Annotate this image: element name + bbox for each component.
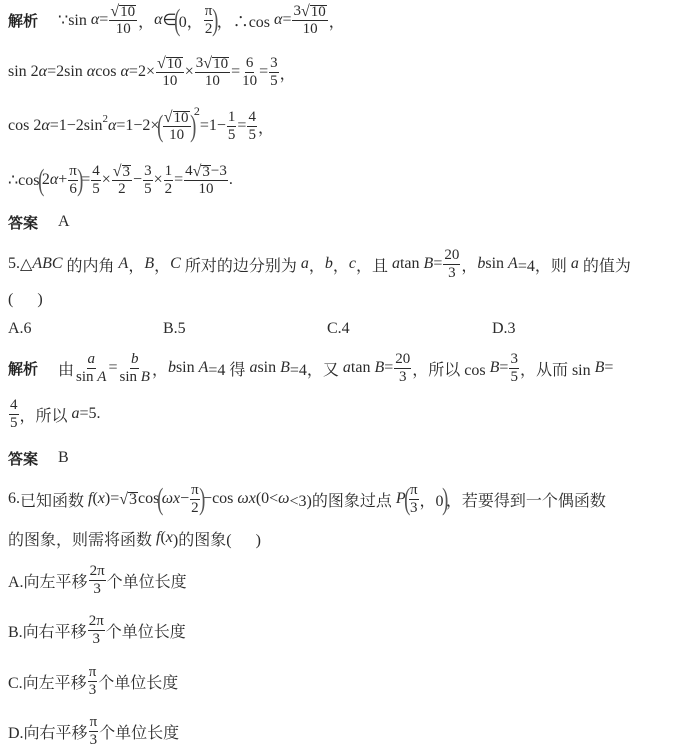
fraction-denominator: 3 xyxy=(91,631,101,647)
fraction-numerator: a xyxy=(87,352,97,369)
math-text: ∵sin xyxy=(58,10,91,30)
math-text: + xyxy=(58,171,67,189)
fraction-denominator: sin B xyxy=(119,369,151,385)
fraction: b sin B xyxy=(119,352,151,385)
q6-stem-line-2: 的图象，则需将函数 f ( x )的图象( ) xyxy=(8,518,261,558)
math-variable: α xyxy=(121,63,129,81)
math-text: = xyxy=(384,359,393,377)
fraction-numerator: √ 10 xyxy=(156,56,184,73)
math-text: ，∴cos xyxy=(217,9,274,32)
left-paren: ( xyxy=(38,162,44,198)
math-variable: ωx xyxy=(162,490,180,508)
math-variable: ω xyxy=(278,490,289,508)
math-text: =2sin xyxy=(47,63,87,81)
math-text: = xyxy=(259,63,268,81)
math-variable: B xyxy=(141,370,150,385)
right-paren: ) xyxy=(442,481,448,517)
math-text: ，若要得到一个偶函数 xyxy=(446,488,606,511)
math-text: ， xyxy=(152,357,168,380)
sqrt-symbol: √ xyxy=(113,164,122,179)
fraction-denominator: 2 xyxy=(164,181,174,197)
fraction-denominator: 2 xyxy=(117,181,127,197)
fraction: 3 5 xyxy=(269,56,279,89)
math-text: ， xyxy=(333,253,349,276)
fraction-numerator: 20 xyxy=(394,352,411,369)
fraction: 20 3 xyxy=(394,352,411,385)
math-variable: b xyxy=(168,359,176,377)
radicand: 3 xyxy=(201,165,211,179)
option-prefix: D.向右平移 xyxy=(8,720,88,743)
math-text: =1−2sin xyxy=(50,117,103,135)
math-variable: A xyxy=(508,255,518,273)
option-prefix: B.向右平移 xyxy=(8,619,87,642)
math-text: ， xyxy=(461,253,477,276)
math-text: sin xyxy=(176,359,199,377)
fraction: 4 5 xyxy=(9,398,19,431)
q4-solution-line-4: ∴cos ( 2 α + π 6 ) = 4 5 × √ 3 2 − 3 5 ×… xyxy=(8,160,233,200)
math-text: = xyxy=(231,63,240,81)
fraction-denominator: 3 xyxy=(89,732,99,748)
fraction: 4 √ 3 −3 10 xyxy=(184,164,228,197)
math-text: ，从而 sin xyxy=(520,357,595,380)
fraction-denominator: 5 xyxy=(91,181,101,197)
math-text: × xyxy=(185,63,194,81)
fraction-numerator: 3 xyxy=(143,164,153,181)
q5-answer: 答案 B xyxy=(8,438,69,478)
answer-blank: ( ) xyxy=(8,291,43,309)
fraction-numerator: π xyxy=(89,715,99,732)
fraction-numerator: 4 xyxy=(9,398,19,415)
math-text: ， xyxy=(138,9,154,32)
math-text: <3)的图象过点 xyxy=(289,488,395,511)
fraction-denominator: 10 xyxy=(204,73,221,89)
fraction-numerator: 20 xyxy=(443,248,460,265)
option-b: B.5 xyxy=(163,320,186,338)
math-variable: B xyxy=(280,359,290,377)
fraction: √ 10 10 xyxy=(163,110,191,143)
fraction-denominator: 5 xyxy=(227,127,237,143)
math-text: =5. xyxy=(80,405,101,423)
math-variable: α xyxy=(91,11,99,29)
fraction: a sin A xyxy=(75,352,107,385)
math-text: ， xyxy=(329,9,345,32)
fraction-denominator: 5 xyxy=(509,369,519,385)
math-text: sin 2 xyxy=(8,63,39,81)
option-c: C.4 xyxy=(327,320,350,338)
fraction-denominator: 5 xyxy=(9,415,19,431)
fraction: 3 √ 10 10 xyxy=(195,56,230,89)
left-paren: ( xyxy=(157,481,163,517)
math-variable: x xyxy=(166,529,173,547)
math-text: × xyxy=(102,171,111,189)
fraction-denominator: 3 xyxy=(447,265,457,281)
q4-answer: 答案 A xyxy=(8,202,70,242)
math-variable: a xyxy=(571,255,579,273)
math-text: 0， xyxy=(179,9,203,32)
fraction: 20 3 xyxy=(443,248,460,281)
math-text: − xyxy=(133,171,142,189)
q4-solution-line-2: sin 2 α =2sin α cos α =2× √ 10 10 × 3 √ … xyxy=(8,52,296,92)
fraction: 3 5 xyxy=(509,352,519,385)
math-variable: A xyxy=(199,359,209,377)
math-variable: c xyxy=(349,255,356,273)
option-suffix: 个单位长度 xyxy=(107,569,187,592)
fraction-numerator: 3 √ 10 xyxy=(195,56,230,73)
math-text: ，且 xyxy=(356,253,392,276)
math-text: 的值为 xyxy=(579,253,631,276)
math-text: = xyxy=(108,359,117,377)
math-text: =1− xyxy=(200,117,226,135)
q6-option-d: D.向右平移 π 3 个单位长度 xyxy=(8,711,179,751)
fraction-denominator: 10 xyxy=(168,127,185,143)
math-text: . xyxy=(229,171,233,189)
math-variable: a xyxy=(72,405,80,423)
math-variable: α xyxy=(39,63,47,81)
math-text: = xyxy=(499,359,508,377)
fraction: √ 3 2 xyxy=(112,164,132,197)
math-text: × xyxy=(154,171,163,189)
fraction: 6 10 xyxy=(241,56,258,89)
math-variable: a xyxy=(392,255,400,273)
option-a: A.6 xyxy=(8,320,32,338)
radicand: 10 xyxy=(166,57,183,71)
math-text: =2× xyxy=(129,63,155,81)
math-text: = xyxy=(99,11,108,29)
math-variable: ABC xyxy=(32,255,62,273)
solution-label: 解析 xyxy=(8,358,38,379)
math-text: =4 得 xyxy=(208,357,249,380)
superscript: 2 xyxy=(102,113,108,125)
fraction-numerator: π xyxy=(409,483,419,500)
fraction-numerator: 3 xyxy=(269,56,279,73)
fraction-numerator: π xyxy=(88,665,98,682)
math-text: =4，又 xyxy=(290,357,343,380)
math-text: − xyxy=(180,490,189,508)
math-variable: α xyxy=(87,63,95,81)
option-suffix: 个单位长度 xyxy=(99,720,179,743)
coefficient: 3 xyxy=(196,56,204,71)
math-variable: B xyxy=(595,359,605,377)
q6-stem-line-1: 6. 已知函数 f ( x )= √ 3 cos ( ωx − π 2 ) −c… xyxy=(8,479,606,519)
math-text: ， xyxy=(154,253,170,276)
math-function: sin xyxy=(120,370,141,385)
math-text: = xyxy=(604,359,613,377)
sqrt-symbol: √ xyxy=(193,164,202,179)
math-variable: α xyxy=(154,11,162,29)
radicand: 10 xyxy=(310,5,327,19)
fraction-denominator: 10 xyxy=(302,21,319,37)
math-text: 由 xyxy=(58,357,74,380)
fraction: π 3 xyxy=(89,715,99,748)
math-variable: b xyxy=(477,255,485,273)
math-variable: b xyxy=(325,255,333,273)
answer-label: 答案 xyxy=(8,448,38,469)
math-text: ，0 xyxy=(420,488,444,511)
sqrt-symbol: √ xyxy=(164,110,173,125)
fraction-numerator: √ 10 xyxy=(109,4,137,21)
fraction: √ 10 10 xyxy=(156,56,184,89)
fraction-denominator: 3 xyxy=(409,500,419,516)
option-suffix: 个单位长度 xyxy=(98,670,178,693)
fraction-numerator: 3 √ 10 xyxy=(292,4,327,21)
fraction-denominator: sin A xyxy=(75,369,107,385)
radicand: 10 xyxy=(119,5,136,19)
math-variable: α xyxy=(50,171,58,189)
math-text: =1−2× xyxy=(116,117,159,135)
fraction-numerator: 4 √ 3 −3 xyxy=(184,164,228,181)
q6-option-a: A.向左平移 2π 3 个单位长度 xyxy=(8,560,187,600)
q4-solution-line-1: 解析 ∵sin α = √ 10 10 ， α ∈ ( 0， π 2 ) ，∴c… xyxy=(8,0,345,40)
math-text: = xyxy=(174,171,183,189)
math-text: 的内角 xyxy=(63,253,119,276)
right-paren: ) xyxy=(199,481,205,517)
math-variable: α xyxy=(274,11,282,29)
math-variable: a xyxy=(343,359,351,377)
option-d: D.3 xyxy=(492,320,516,338)
fraction: 3 5 xyxy=(143,164,153,197)
q5-options: A.6 B.5 C.4 D.3 xyxy=(0,309,692,349)
math-variable: x xyxy=(98,490,105,508)
fraction: √ 10 10 xyxy=(109,4,137,37)
fraction-numerator: 1 xyxy=(164,164,174,181)
math-text: ， xyxy=(128,253,144,276)
fraction-numerator: 2π xyxy=(88,614,105,631)
question-number: 6. xyxy=(8,490,20,508)
right-paren: ) xyxy=(77,162,83,198)
fraction: 1 2 xyxy=(164,164,174,197)
fraction-denominator: 5 xyxy=(247,127,257,143)
math-text: 已知函数 xyxy=(20,488,88,511)
math-text: −cos xyxy=(203,490,237,508)
fraction-denominator: 10 xyxy=(161,73,178,89)
math-text: ，所以 cos xyxy=(412,357,489,380)
fraction-numerator: 6 xyxy=(245,56,255,73)
math-variable: a xyxy=(249,359,257,377)
fraction: 1 5 xyxy=(227,110,237,143)
radicand: 10 xyxy=(212,57,229,71)
math-text: ， xyxy=(258,115,274,138)
radicand: 3 xyxy=(128,492,138,506)
fraction: π 3 xyxy=(88,665,98,698)
math-variable: B xyxy=(144,255,154,273)
fraction-numerator: 4 xyxy=(247,110,257,127)
math-variable: B xyxy=(424,255,434,273)
math-variable: B xyxy=(490,359,500,377)
math-variable: α xyxy=(108,117,116,135)
right-paren: ) xyxy=(212,2,218,38)
q5-solution-line-2: 4 5 ，所以 a =5. xyxy=(8,394,101,434)
fraction-denominator: 3 xyxy=(398,369,408,385)
math-text: 所对的边分别为 xyxy=(181,253,301,276)
fraction-denominator: 10 xyxy=(198,181,215,197)
fraction-denominator: 5 xyxy=(269,73,279,89)
math-text: sin xyxy=(257,359,280,377)
left-paren: ( xyxy=(175,2,181,38)
answer-value: B xyxy=(58,449,69,467)
math-text: = xyxy=(237,117,246,135)
fraction-denominator: 10 xyxy=(241,73,258,89)
q5-solution-line-1: 解析 由 a sin A = b sin B ， b sin A =4 得 a … xyxy=(8,348,613,388)
math-variable: α xyxy=(41,117,49,135)
fraction-numerator: √ 3 xyxy=(112,164,132,181)
left-paren: ( xyxy=(158,108,164,144)
math-text: ， xyxy=(309,253,325,276)
fraction: 3 √ 10 10 xyxy=(292,4,327,37)
math-text: )的图象( ) xyxy=(173,527,261,550)
question-number: 5. xyxy=(8,255,20,273)
fraction-denominator: 10 xyxy=(115,21,132,37)
fraction-numerator: √ 10 xyxy=(163,110,191,127)
math-text: −3 xyxy=(211,164,227,179)
math-function: sin xyxy=(76,370,97,385)
option-prefix: C.向左平移 xyxy=(8,670,87,693)
fraction-denominator: 5 xyxy=(143,181,153,197)
math-variable: A xyxy=(97,370,106,385)
sqrt-symbol: √ xyxy=(203,56,212,71)
coefficient: 3 xyxy=(293,4,301,19)
option-suffix: 个单位长度 xyxy=(106,619,186,642)
fraction: 2π 3 xyxy=(88,614,105,647)
math-text: )= xyxy=(105,490,119,508)
fraction-numerator: 3 xyxy=(509,352,519,369)
math-text: = xyxy=(282,11,291,29)
fraction-numerator: 4 xyxy=(91,164,101,181)
solution-label: 解析 xyxy=(8,10,38,31)
radicand: 3 xyxy=(122,165,132,179)
fraction: 2π 3 xyxy=(89,564,106,597)
math-text: 的图象，则需将函数 xyxy=(8,527,156,550)
math-text: = xyxy=(433,255,442,273)
math-text: cos xyxy=(95,63,120,81)
q5-stem-line-1: 5. △ ABC 的内角 A ， B ， C 所对的边分别为 a ， b ， c… xyxy=(8,244,631,284)
math-text: cos 2 xyxy=(8,117,41,135)
math-text: (0< xyxy=(256,490,278,508)
q4-solution-line-3: cos 2 α =1−2sin 2 α =1−2× ( √ 10 10 ) 2 … xyxy=(8,106,274,146)
fraction-denominator: 3 xyxy=(92,581,102,597)
fraction-denominator: 3 xyxy=(88,682,98,698)
q6-option-c: C.向左平移 π 3 个单位长度 xyxy=(8,661,178,701)
fraction-numerator: 1 xyxy=(227,110,237,127)
math-variable: a xyxy=(301,255,309,273)
option-prefix: A.向左平移 xyxy=(8,569,88,592)
math-text: ， xyxy=(280,61,296,84)
math-text: ，所以 xyxy=(20,403,72,426)
math-variable: B xyxy=(374,359,384,377)
math-text: tan xyxy=(351,359,375,377)
math-text: =4，则 xyxy=(518,253,571,276)
radicand: 10 xyxy=(173,111,190,125)
left-paren: ( xyxy=(404,481,410,517)
math-text: △ xyxy=(20,254,32,274)
math-text: tan xyxy=(400,255,424,273)
superscript: 2 xyxy=(194,104,200,119)
math-variable: C xyxy=(170,255,181,273)
math-variable: A xyxy=(119,255,129,273)
sqrt-symbol: √ xyxy=(119,492,128,507)
q6-option-b: B.向右平移 2π 3 个单位长度 xyxy=(8,610,186,650)
fraction-numerator: 2π xyxy=(89,564,106,581)
fraction: 4 5 xyxy=(91,164,101,197)
sqrt-symbol: √ xyxy=(110,4,119,19)
math-text: sin xyxy=(485,255,508,273)
math-text: ∴cos xyxy=(8,170,40,190)
answer-label: 答案 xyxy=(8,212,38,233)
sqrt-symbol: √ xyxy=(157,56,166,71)
fraction: π 3 xyxy=(409,483,419,516)
coefficient: 4 xyxy=(185,164,193,179)
math-variable: ωx xyxy=(237,490,255,508)
answer-value: A xyxy=(58,213,70,231)
fraction-numerator: b xyxy=(130,352,140,369)
sqrt-symbol: √ xyxy=(301,4,310,19)
fraction: 4 5 xyxy=(247,110,257,143)
